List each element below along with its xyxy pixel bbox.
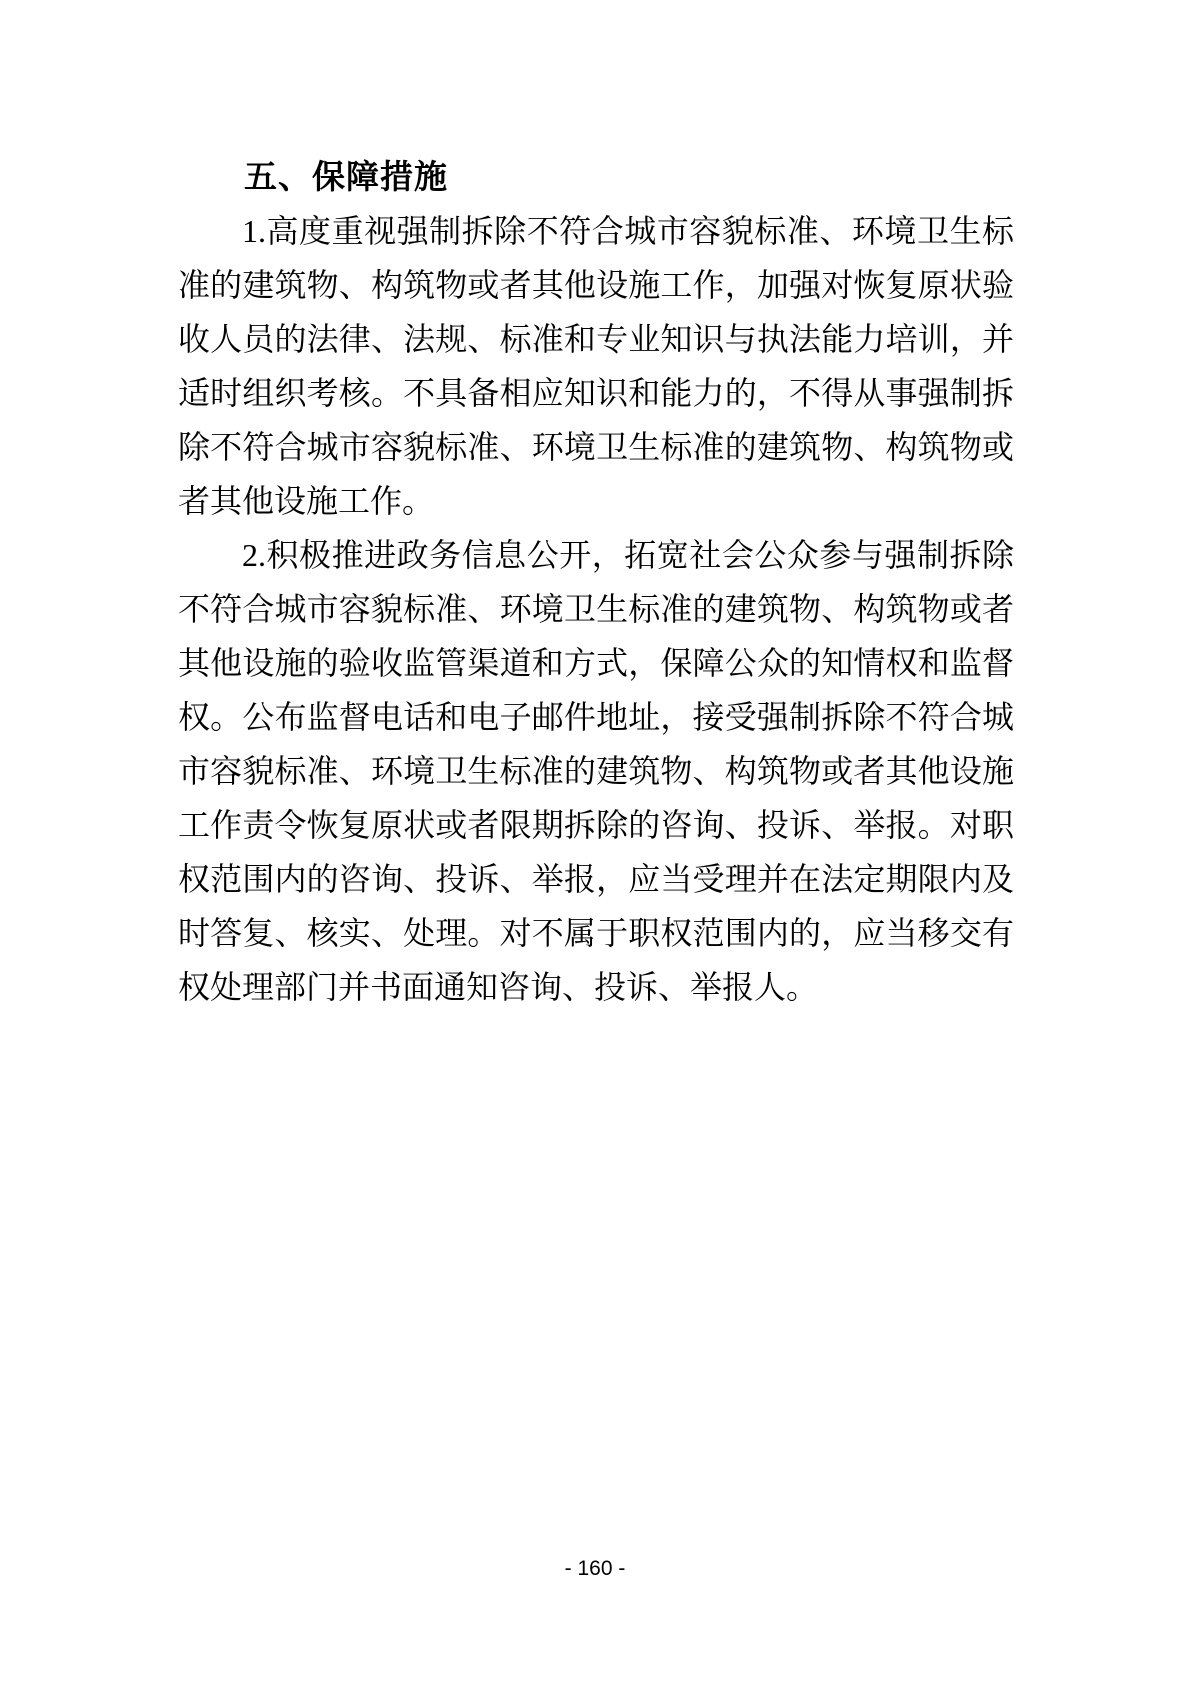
page-footer: - 160 - xyxy=(0,1556,1190,1582)
section-heading: 五、保障措施 xyxy=(178,150,1014,204)
document-page: 五、保障措施 1.高度重视强制拆除不符合城市容貌标准、环境卫生标准的建筑物、构筑… xyxy=(0,0,1190,1683)
document-body: 五、保障措施 1.高度重视强制拆除不符合城市容貌标准、环境卫生标准的建筑物、构筑… xyxy=(178,150,1014,1014)
paragraph-2: 2.积极推进政务信息公开，拓宽社会公众参与强制拆除不符合城市容貌标准、环境卫生标… xyxy=(178,528,1014,1014)
page-number: - 160 - xyxy=(565,1557,626,1580)
paragraph-1: 1.高度重视强制拆除不符合城市容貌标准、环境卫生标准的建筑物、构筑物或者其他设施… xyxy=(178,204,1014,528)
